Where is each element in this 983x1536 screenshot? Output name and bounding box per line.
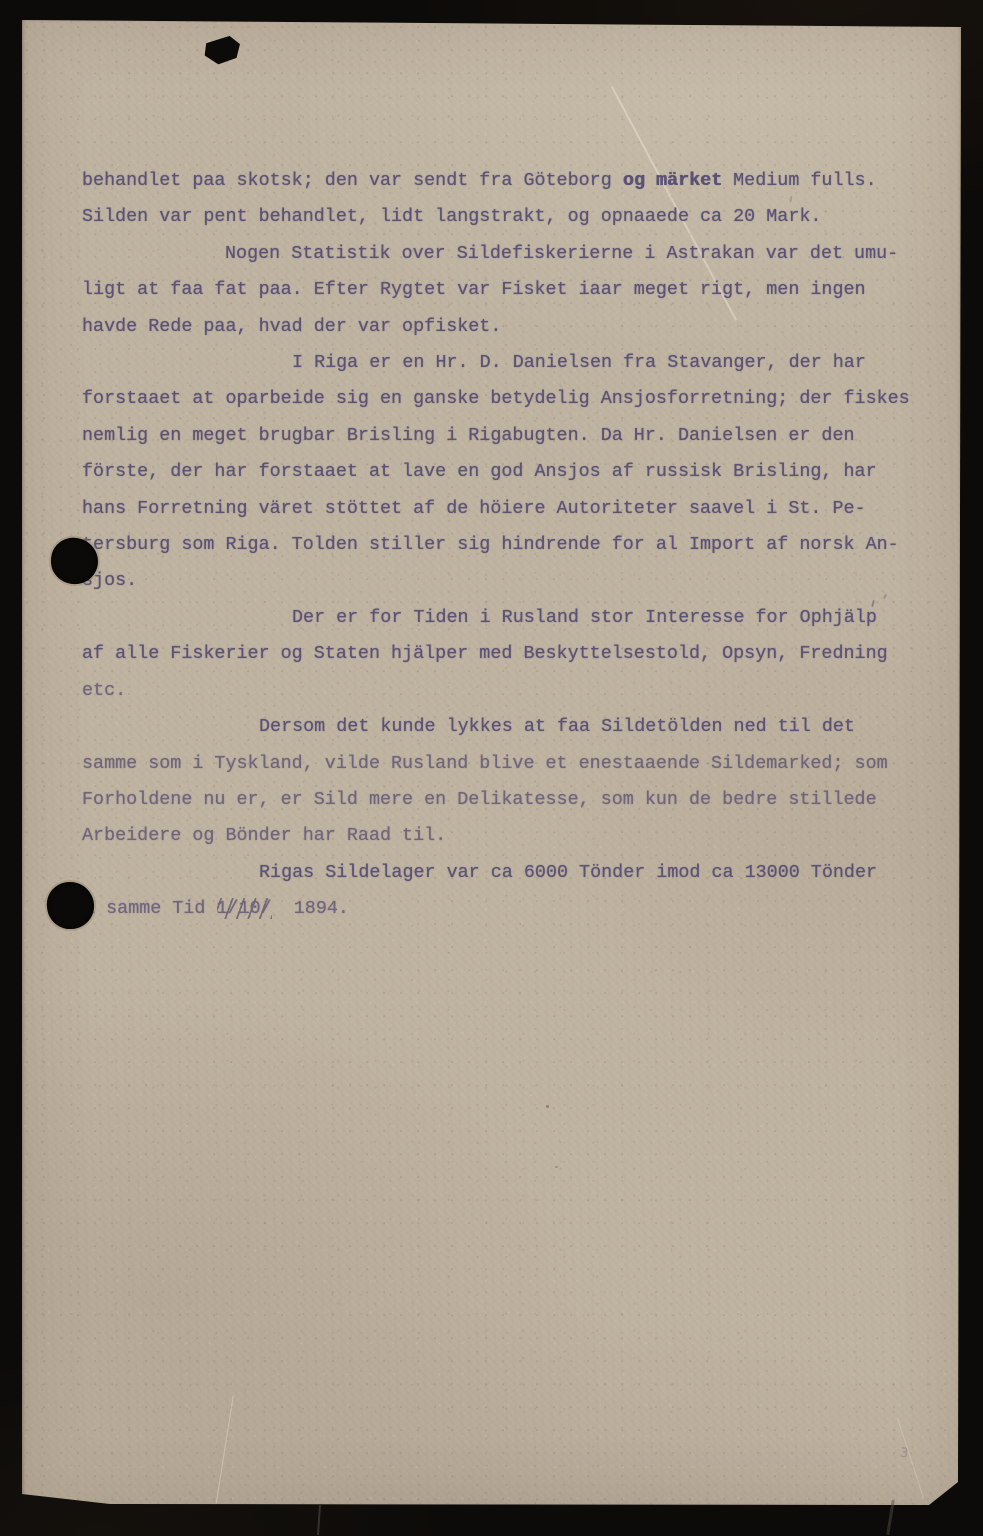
text-line: behandlet paa skotsk; den var sendt fra … [82, 163, 950, 199]
text-segment: 1894. [272, 898, 349, 919]
text-segment: etc. [82, 680, 126, 701]
struck-out-date: 1/10/ [217, 898, 272, 919]
scan-scratch [886, 1500, 894, 1535]
text-segment: Silden var pent behandlet, lidt langstra… [82, 206, 821, 227]
text-line: Forholdene nu er, er Sild mere en Delika… [82, 782, 950, 818]
text-line: sjos. [82, 563, 950, 599]
text-segment: Rigas Sildelager var ca 6000 Tönder imod… [259, 862, 877, 883]
text-line: nemlig en meget brugbar Brisling i Rigab… [82, 418, 950, 454]
scan-scratch [317, 1505, 321, 1535]
text-line: Arbeidere og Bönder har Raad til. [82, 818, 950, 854]
text-segment: havde Rede paa, hvad der var opfisket. [82, 316, 501, 337]
text-line: Rigas Sildelager var ca 6000 Tönder imod… [259, 855, 950, 891]
corner-pencil-mark: 3 [899, 1445, 909, 1461]
text-line: etc. [82, 673, 950, 709]
text-segment: forstaaet at oparbeide sig en ganske bet… [82, 388, 910, 409]
paper-sheet: behandlet paa skotsk; den var sendt fra … [22, 18, 962, 1508]
text-segment: tersburg som Riga. Tolden stiller sig hi… [82, 534, 899, 555]
text-line: Der er for Tiden i Rusland stor Interess… [292, 600, 950, 636]
text-segment: og märket [623, 170, 722, 191]
text-segment: förste, der har forstaaet at lave en god… [82, 461, 877, 482]
text-segment: Medium fulls. [722, 170, 877, 191]
scan-background: { "page": { "background_color": "#0d0b09… [0, 0, 983, 1536]
text-line: I Riga er en Hr. D. Danielsen fra Stavan… [292, 345, 950, 381]
tear-mark [202, 34, 244, 67]
paper-speck [546, 1105, 549, 1108]
paper-crease [215, 1396, 234, 1507]
paper-speck [555, 1166, 558, 1168]
text-line: forstaaet at oparbeide sig en ganske bet… [82, 381, 950, 417]
text-segment: Forholdene nu er, er Sild mere en Delika… [82, 789, 877, 810]
text-line: havde Rede paa, hvad der var opfisket. [82, 309, 950, 345]
text-segment: nemlig en meget brugbar Brisling i Rigab… [82, 425, 855, 446]
text-line: af alle Fiskerier og Staten hjälper med … [82, 636, 950, 672]
text-segment: Arbeidere og Bönder har Raad til. [82, 825, 446, 846]
text-segment: I Riga er en Hr. D. Danielsen fra Stavan… [292, 352, 866, 373]
text-segment: samme som i Tyskland, vilde Rusland bliv… [82, 753, 888, 774]
text-line: Silden var pent behandlet, lidt langstra… [82, 199, 950, 235]
text-segment: Nogen Statistik over Sildefiskerierne i … [225, 243, 898, 264]
text-line: tersburg som Riga. Tolden stiller sig hi… [82, 527, 950, 563]
text-segment: Der er for Tiden i Rusland stor Interess… [292, 607, 877, 628]
text-segment: Dersom det kunde lykkes at faa Sildetöld… [259, 716, 855, 737]
text-line: hans Forretning väret stöttet af de höie… [82, 491, 950, 527]
text-line: Nogen Statistik over Sildefiskerierne i … [225, 236, 950, 272]
text-segment: behandlet paa skotsk; den var sendt fra … [82, 170, 623, 191]
document-lines: behandlet paa skotsk; den var sendt fra … [82, 163, 950, 928]
text-segment: ligt at faa fat paa. Efter Rygtet var Fi… [82, 279, 866, 300]
text-line: samme som i Tyskland, vilde Rusland bliv… [82, 746, 950, 782]
text-segment: af alle Fiskerier og Staten hjälper med … [82, 643, 888, 664]
text-line: paa samme Tid 1/10/ 1894. [62, 891, 950, 927]
text-segment: hans Forretning väret stöttet af de höie… [82, 498, 866, 519]
text-line: ligt at faa fat paa. Efter Rygtet var Fi… [82, 272, 950, 308]
text-line: Dersom det kunde lykkes at faa Sildetöld… [259, 709, 950, 745]
text-line: förste, der har forstaaet at lave en god… [82, 454, 950, 490]
